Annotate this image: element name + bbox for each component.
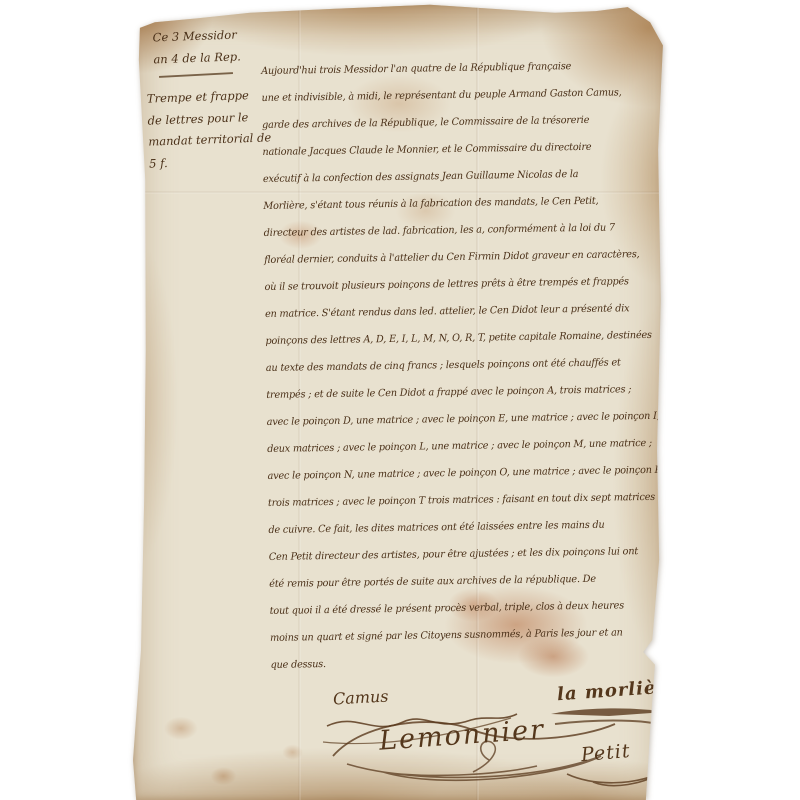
signature-camus: Camus [333, 688, 388, 707]
manuscript-page: Ce 3 Messidoran 4 de la Rep. Trempe et f… [133, 4, 665, 800]
signature-lamorliere: la morlière [557, 680, 679, 701]
manuscript-body-line: que dessus. [270, 646, 660, 679]
margin-note-underline [159, 72, 233, 78]
signature-lemonnier: Lemonnier [379, 720, 545, 751]
photo-background: Ce 3 Messidoran 4 de la Rep. Trempe et f… [0, 0, 800, 800]
manuscript-photo: Ce 3 Messidoran 4 de la Rep. Trempe et f… [0, 0, 800, 800]
signature-petit: Petit [581, 742, 631, 764]
manuscript-body: Aujourd'hui trois Messidor l'an quatre d… [261, 52, 673, 679]
